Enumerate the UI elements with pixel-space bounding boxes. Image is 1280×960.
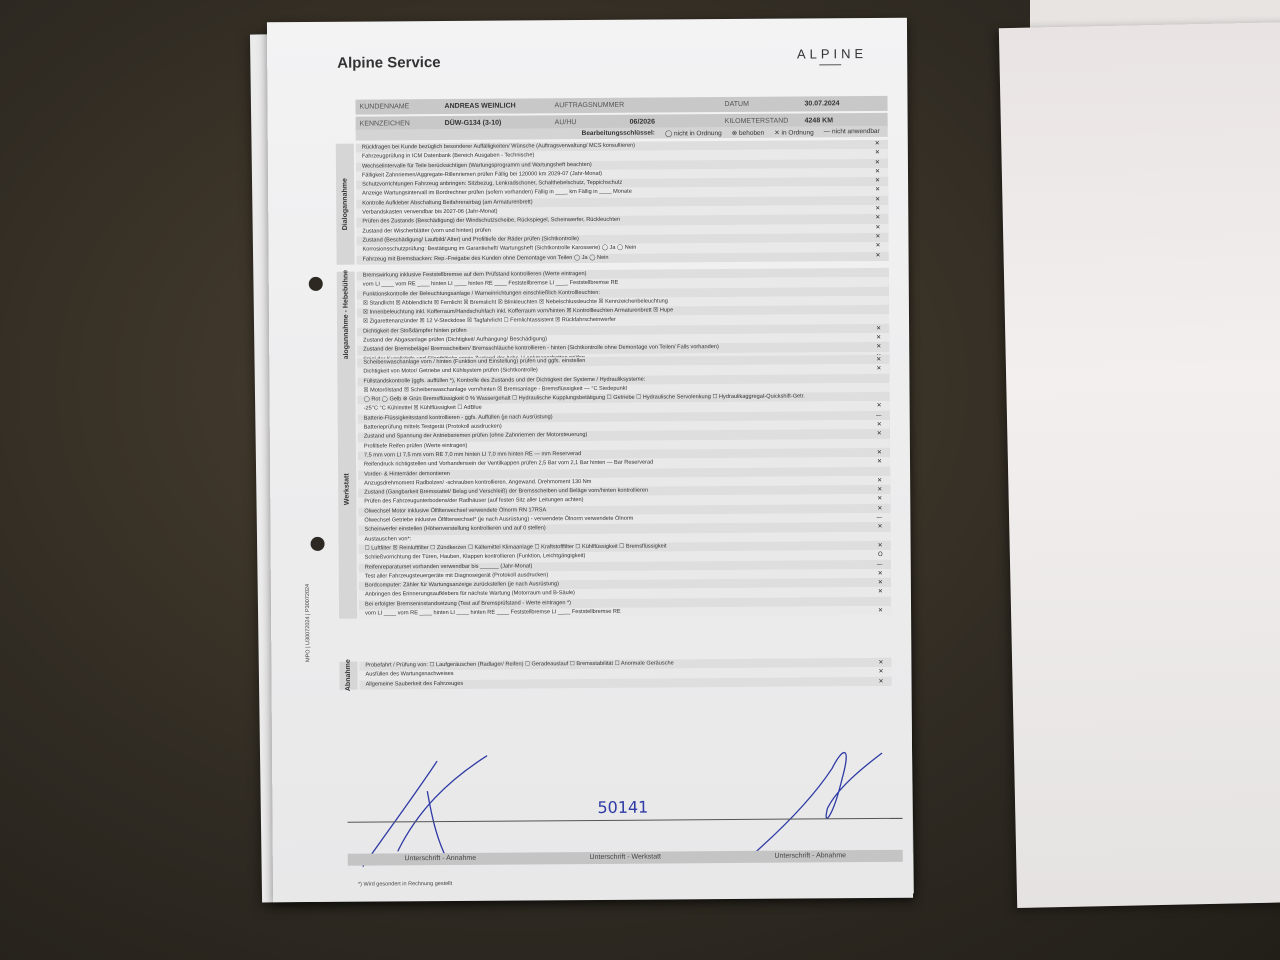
status-mark: ✕ [878, 677, 883, 686]
status-mark: ✕ [876, 355, 881, 364]
status-mark: ✕ [875, 224, 880, 233]
row-text: Reifenreparaturset vorhanden verwendbar … [365, 563, 533, 570]
status-mark: ✕ [877, 457, 882, 466]
section: DialogannahmeRückfragen bei Kunde bezügl… [356, 140, 889, 265]
status-mark: ✕ [875, 205, 880, 214]
row-text: Prüfen des Fahrzeugunterbodens/der Radhä… [364, 497, 583, 505]
signature-label-werkstatt: Unterschrift - Werkstatt [590, 852, 662, 864]
row-list: Bremswirkung inklusive Feststellbremse a… [357, 268, 890, 365]
row-text: Zustand (Gangbarkeit Bremssattel/ Belag … [364, 488, 648, 496]
row-text: Allgemeine Sauberkeit des Fahrzeuges [366, 680, 464, 687]
status-mark: — [876, 411, 882, 420]
row-text: Kontrolle Aufkleber Abschaltung Beifahre… [362, 199, 532, 206]
row-text: ☒ Innenbeleuchtung inkl. Kofferraum/Hand… [363, 308, 673, 316]
status-mark: ✕ [877, 401, 882, 410]
legend-item: — nicht anwendbar [824, 128, 880, 135]
auhu-value: 06/2026 [626, 118, 721, 126]
status-mark: ✕ [877, 420, 882, 429]
status-mark: ✕ [875, 177, 880, 186]
side-paper [999, 22, 1280, 908]
legend-bar: Bearbeitungsschlüssel: ◯ nicht in Ordnun… [356, 126, 888, 141]
logo-dash [819, 64, 841, 65]
row-text: Ölwechsel Motor inklusive Ölfilterwechse… [364, 507, 546, 514]
row-text: Füllstandskontrolle (ggfs. auffüllen *),… [363, 376, 645, 384]
status-mark: ✕ [878, 541, 883, 550]
legend-title: Bearbeitungsschlüssel: [582, 130, 655, 138]
row-text: Vorder- & Hinterräder demontieren [364, 471, 450, 478]
row-text: Zustand der Abgasanlage prüfen (Dichtigk… [363, 336, 547, 343]
section-label: Abnahme [339, 662, 357, 690]
row-text: Rückfragen bei Kunde bezüglich besondere… [362, 143, 635, 151]
footnote: *) Wird gesondert in Rechnung gestellt [358, 881, 452, 888]
row-list: Rückfragen bei Kunde bezüglich besondere… [356, 140, 889, 265]
status-mark: ✕ [877, 504, 882, 513]
row-text: Fahrzeug mit Bremsbacken: Rep.-Freigabe … [363, 254, 609, 262]
service-form-sheet: Alpine Service ALPINE KUNDENNAME ANDREAS… [267, 18, 913, 902]
section: WerkstattScheibenwaschanlage vorn / hint… [357, 355, 891, 619]
mileage-label: KILOMETERSTAND [721, 118, 801, 126]
status-mark: ✕ [875, 159, 880, 168]
section-label: Dialogannahme [336, 144, 355, 265]
status-mark: ✕ [876, 342, 881, 351]
status-mark: ✕ [878, 606, 883, 615]
row-text: Dichtigkeit der Stoßdämpfer hinten prüfe… [363, 328, 467, 335]
section: AbnahmeProbefahrt / Prüfung von: ☐ Laufg… [359, 658, 891, 690]
row-text: Batterie-Flüssigkeitsstand kontrollieren… [364, 414, 553, 421]
status-mark: ✕ [877, 448, 882, 457]
row-text: Austauschen von*: [365, 536, 412, 542]
status-mark: — [876, 513, 882, 522]
status-mark: O [878, 550, 883, 559]
status-mark: ✕ [878, 667, 883, 676]
row-text: ☒ Motorölstand ☒ Scheibenwaschanlage vor… [363, 386, 627, 394]
row-text: Verbandskasten verwendbar bis 2027-06 (J… [362, 209, 497, 216]
status-mark: ✕ [876, 324, 881, 333]
plate-value: DÜW-G134 (3-10) [441, 119, 551, 127]
row-text: Zustand (Beschädigung/ Laufbild/ Alter) … [362, 236, 578, 244]
section-label-text: Dialogannahme - Hebebühne [342, 270, 350, 367]
brand-title: Alpine Service [337, 54, 441, 72]
signature-label-annahme: Unterschrift - Annahme [404, 853, 476, 865]
status-mark: ✕ [877, 485, 882, 494]
row-text: Ausfüllen des Wartungsnachweises [365, 671, 453, 678]
legend-item: ✕ in Ordnung [774, 128, 813, 136]
row-text: Anzeige Wartungsintervall im Bordrechner… [362, 189, 632, 197]
customer-value: ANDREAS WEINLICH [441, 102, 551, 110]
status-mark: ✕ [877, 522, 882, 531]
row-text: Bei erfolgter Bremseninstandsetzung (Tes… [365, 600, 571, 607]
row-text: Anzugsdrehmoment Radbolzen/ -schrauben k… [364, 479, 591, 487]
status-mark: ✕ [878, 658, 883, 667]
row-list: Scheibenwaschanlage vorn / hinten (Funkt… [357, 355, 891, 619]
status-mark: ✕ [875, 196, 880, 205]
date-value: 30.07.2024 [800, 100, 839, 107]
row-list: Probefahrt / Prüfung von: ☐ Laufgeräusch… [359, 658, 891, 690]
row-text: Scheibenwaschanlage vorn / hinten (Funkt… [363, 358, 585, 366]
alpine-logo: ALPINE [797, 46, 867, 61]
legend-item: ⊗ behoben [732, 128, 765, 136]
form-code: MPO | U30072024 | P30072024 [305, 584, 312, 662]
row-text: Reifendruck richtigstellen und Vorhanden… [364, 460, 653, 468]
status-mark: ✕ [878, 587, 883, 596]
signature-label-abnahme: Unterschrift - Abnahme [774, 850, 846, 862]
row-text: Bordcomputer: Zähler für Wartungsanzeige… [365, 581, 559, 588]
row-text: Dichtigkeit von Motor/ Getriebe und Kühl… [363, 368, 537, 375]
row-text: Profiltiefe Reifen prüfen (Werte eintrag… [364, 443, 467, 450]
status-mark: — [877, 559, 883, 568]
row-text: Probefahrt / Prüfung von: ☐ Laufgeräusch… [365, 660, 673, 668]
status-mark: ✕ [878, 569, 883, 578]
row-text: Batterieprüfung mittels Testgerät (Proto… [364, 424, 502, 431]
customer-label: KUNDENNAME [356, 103, 441, 111]
status-mark: ✕ [875, 214, 880, 223]
row-text: vorn LI ____ vorn RE ____ hinten LI ____… [365, 609, 621, 617]
row-text: Fahrzeugprüfung in ICM Datenbank (Bereic… [362, 153, 535, 160]
status-mark: ✕ [876, 364, 881, 373]
signature-abnahme [742, 738, 893, 864]
row-text: 7,5 mm vorn LI 7,5 mm vorn RE 7,0 mm hin… [364, 451, 581, 459]
row-text: ☒ Zigarettenanzünder ☒ 12 V-Steckdose ☒ … [363, 317, 616, 325]
row-text: Bremswirkung inklusive Feststellbremse a… [363, 271, 587, 279]
section-label: Werkstatt [337, 359, 357, 619]
row-text: -25°C °C Kühlmittel ☒ Kühlflüssigkeit ☐ … [364, 405, 482, 412]
row-text: Test aller Fahrzeugsteuergeräte mit Diag… [365, 572, 548, 579]
row-text: vorn LI ____ vorn RE ____ hinten LI ____… [363, 280, 619, 288]
status-mark: ✕ [875, 242, 880, 251]
status-mark: ✕ [876, 252, 881, 261]
row-text: ◯ Rot ◯ Gelb ⊗ Grün Bremsflüssigkeit 0 %… [364, 394, 805, 403]
plate-label: KENNZEICHEN [356, 120, 441, 128]
row-text: Prüfen des Zustands (Beschädigung) der W… [362, 217, 620, 225]
section-label-text: Dialogannahme [342, 178, 349, 230]
order-label: AUFTRAGSNUMMER [551, 101, 721, 109]
status-mark: ✕ [878, 578, 883, 587]
row-text: Wechselintervalle für Teile berücksichti… [362, 162, 592, 170]
date-label: DATUM [720, 101, 800, 109]
status-mark: ✕ [877, 494, 882, 503]
row-text: Zustand der Wischerblätter (vorn und hin… [362, 227, 490, 234]
section-label-text: Abnahme [345, 660, 352, 692]
row-text: Scheinwerfer einstellen (Höhenverstellun… [364, 526, 545, 533]
row-text: Fälligkeit Zahnriemen/Aggregate-Rillenri… [362, 171, 602, 179]
status-mark: ✕ [875, 168, 880, 177]
status-mark: ✕ [875, 149, 880, 158]
status-mark: ✕ [876, 333, 881, 342]
section-label: Dialogannahme - Hebebühne [337, 272, 356, 365]
status-mark: ✕ [875, 233, 880, 242]
row-text: Zustand der Bremsbeläge/ Bremsscheiben/ … [363, 344, 719, 352]
row-text: ☒ Standlicht ☒ Abblendlicht ☒ Fernlicht … [363, 298, 668, 306]
row-text: Anbringen des Erinnerungsaufklebers für … [365, 591, 575, 598]
punch-hole [309, 277, 323, 291]
row-text: ☐ Luftfilter ☒ Reinluftfilter ☐ Zündkerz… [365, 543, 667, 551]
status-mark: ✕ [877, 429, 882, 438]
section-label-text: Werkstatt [344, 473, 351, 505]
status-mark: ✕ [875, 140, 880, 149]
status-mark: ✕ [877, 476, 882, 485]
row-text: Funktionskontrolle der Beleuchtungsanlag… [363, 290, 600, 298]
section: Dialogannahme - HebebühneBremswirkung in… [357, 268, 890, 365]
status-mark: ✕ [875, 186, 880, 195]
legend-item: ◯ nicht in Ordnung [665, 129, 722, 137]
auhu-label: AU/HU [551, 119, 626, 127]
row-text: Schließvorrichtung der Türen, Hauben, Kl… [365, 553, 586, 561]
mileage-value: 4248 KM [801, 117, 833, 124]
row-text: Schutzvorrichtungen Fahrzeug anbringen: … [362, 180, 622, 188]
row-text: Korrosionsschutzprüfung: Bestätigung im … [363, 245, 637, 253]
order-number-handwritten: 50141 [597, 798, 648, 817]
header-row: KUNDENNAME ANDREAS WEINLICH AUFTRAGSNUMM… [355, 96, 887, 115]
row-text: Zustand und Spannung der Antriebsriemen … [364, 432, 588, 440]
punch-hole [311, 537, 325, 551]
checklist-sections: DialogannahmeRückfragen bei Kunde bezügl… [267, 18, 907, 22]
row-text: Ölwechsel Getriebe inklusive Ölfilterwec… [364, 516, 633, 524]
